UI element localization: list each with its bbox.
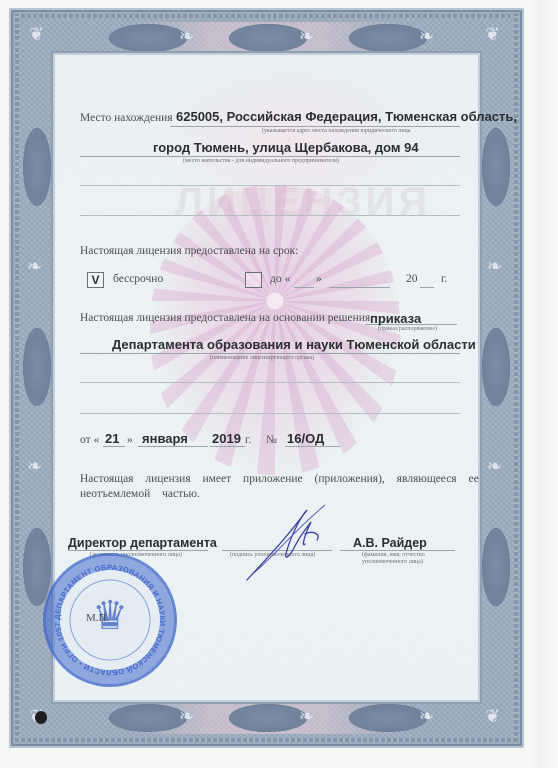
underline: [103, 446, 125, 447]
year-suffix: г.: [245, 434, 251, 446]
underline: [285, 446, 340, 447]
medallion-ornament: [23, 128, 51, 206]
medallion-ornament: [23, 328, 51, 406]
blank-line: [80, 185, 460, 186]
until-day-field[interactable]: [294, 287, 314, 288]
underline: [68, 550, 208, 551]
underline: [138, 446, 208, 447]
until-mid: »: [316, 273, 322, 285]
swirl-ornament-icon: ❧: [27, 458, 42, 476]
until-date-checkbox[interactable]: [245, 272, 262, 288]
number-prefix: №: [266, 434, 277, 446]
handwritten-signature: [245, 500, 335, 585]
medallion-ornament: [482, 128, 510, 206]
medallion-ornament: [482, 328, 510, 406]
location-line-1: 625005, Российская Федерация, Тюменская …: [176, 109, 517, 124]
medallion-ornament: [349, 704, 427, 732]
medallion-ornament: [109, 24, 187, 52]
date-prefix: от «: [80, 434, 99, 446]
border-band-bottom: [15, 738, 518, 742]
underline: [80, 156, 460, 157]
decision-type: приказа: [370, 311, 421, 326]
medallion-ornament: [229, 24, 307, 52]
seal-placeholder-label: М.П.: [86, 612, 109, 624]
licensing-authority: Департамента образования и науки Тюменск…: [112, 337, 476, 352]
indefinite-checkbox[interactable]: V: [87, 272, 104, 288]
decision-day: 21: [105, 431, 119, 446]
indefinite-label: бессрочно: [113, 273, 163, 285]
swirl-ornament-icon: ❧: [487, 458, 502, 476]
location-label: Место нахождения: [80, 112, 173, 124]
location-line-2: город Тюмень, улица Щербакова, дом 94: [153, 140, 419, 155]
decision-month: января: [142, 431, 188, 446]
medallion-ornament: [109, 704, 187, 732]
official-stamp: ДЕПАРТАМЕНТ ОБРАЗОВАНИЯ И НАУКИ ТЮМЕНСКО…: [43, 553, 177, 687]
border-band-top: [15, 14, 518, 18]
swirl-ornament-icon: ❧: [179, 28, 194, 46]
date-day-close: »: [127, 434, 133, 446]
swirl-ornament-icon: ❧: [299, 28, 314, 46]
until-prefix: до «: [270, 273, 290, 285]
swirl-ornament-icon: ❦: [485, 26, 500, 44]
border-band-left: [15, 14, 19, 742]
until-year-field[interactable]: [420, 287, 434, 288]
underline: [80, 353, 460, 354]
underline: [210, 446, 245, 447]
appendix-note-line-1: Настоящая лицензия имеет приложение (при…: [80, 473, 479, 485]
until-year-prefix: 20: [406, 273, 418, 285]
underline: [170, 126, 460, 127]
medallion-ornament: [482, 528, 510, 606]
licensing-authority-hint: (наименование лицензирующего органа): [210, 355, 314, 361]
decision-number: 16/ОД: [287, 431, 324, 446]
swirl-ornament-icon: ❧: [419, 708, 434, 726]
until-suffix: г.: [441, 273, 447, 285]
signatory-name-hint-2: уполномоченного лица): [362, 559, 423, 565]
swirl-ornament-icon: ❧: [179, 708, 194, 726]
blank-line: [80, 215, 460, 216]
basis-label: Настоящая лицензия предоставлена на осно…: [80, 312, 370, 324]
location-line-1-hint: (указывается адрес места нахождения юрид…: [262, 128, 410, 134]
page-edge: [528, 0, 558, 768]
decision-type-hint: (приказ/распоряжение): [378, 326, 437, 332]
until-month-field[interactable]: [330, 287, 390, 288]
swirl-ornament-icon: ❧: [27, 258, 42, 276]
swirl-ornament-icon: ❧: [299, 708, 314, 726]
blank-line: [80, 382, 460, 383]
medallion-ornament: [229, 704, 307, 732]
location-line-2-hint: (место жительства - для индивидуального …: [183, 158, 339, 164]
punch-hole: [35, 711, 47, 724]
swirl-ornament-icon: ❦: [29, 26, 44, 44]
underline: [340, 550, 455, 551]
term-label: Настоящая лицензия предоставлена на срок…: [80, 245, 298, 257]
signatory-name: А.В. Райдер: [353, 536, 427, 550]
swirl-ornament-icon: ❧: [487, 258, 502, 276]
swirl-ornament-icon: ❧: [419, 28, 434, 46]
blank-line: [80, 413, 460, 414]
medallion-ornament: [349, 24, 427, 52]
appendix-note-line-2: неотъемлемой частью.: [80, 488, 200, 500]
swirl-ornament-icon: ❦: [485, 708, 500, 726]
signatory-position: Директор департамента: [68, 536, 217, 550]
signatory-name-hint-1: (фамилия, имя, отчество: [362, 552, 425, 558]
decision-year: 2019: [212, 431, 241, 446]
